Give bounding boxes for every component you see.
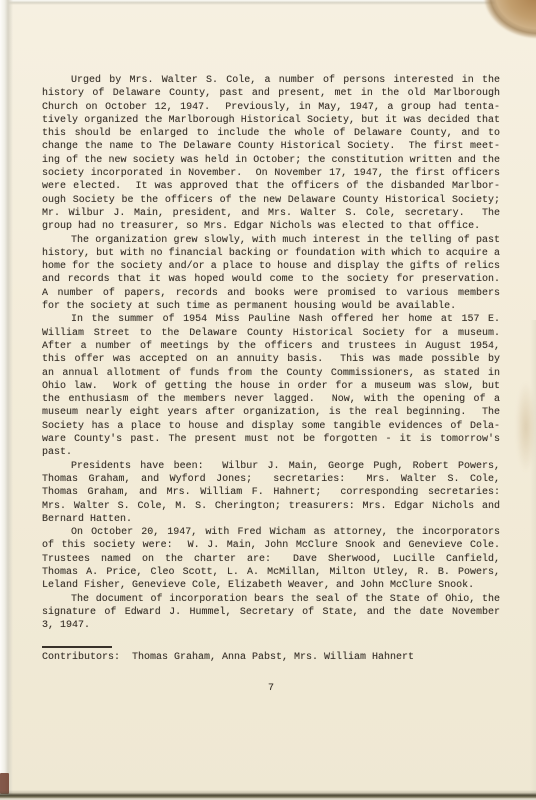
contributors-section: Contributors: Thomas Graham, Anna Pabst,… [42,646,500,664]
text-line: home for the society and/or a place to h… [42,260,500,273]
text-line: signature of Edward J. Hummel, Secretary… [42,606,500,619]
page-left-edge [0,0,13,800]
page-number: 7 [42,682,500,695]
text-line: group had no treasurer, so Mrs. Edgar Ni… [42,220,500,233]
page-bottom-edge [0,790,536,800]
text-line: museum nearly eight years after organiza… [42,406,500,419]
text-line: this should be enlarged to include the w… [42,127,500,140]
text-line: ware County's past. The present must not… [42,433,500,446]
text-line: On October 20, 1947, with Fred Wicham as… [42,526,500,539]
text-line: Ohio law. Work of getting the house in o… [42,380,500,393]
text-line: Presidents have been: Wilbur J. Main, Ge… [42,460,500,473]
side-stain [500,382,536,472]
text-line: Mrs. Walter S. Cole, M. S. Cherington; t… [42,500,500,513]
page-top-edge [0,0,536,5]
text-line: A number of papers, records and books we… [42,287,500,300]
corner-stain [474,0,536,56]
text-line: The organization grew slowly, with much … [42,234,500,247]
paragraphs-container: Urged by Mrs. Walter S. Cole, a number o… [42,74,500,632]
text-line: The document of incorporation bears the … [42,593,500,606]
scanned-page: Urged by Mrs. Walter S. Cole, a number o… [0,0,536,800]
text-line: Urged by Mrs. Walter S. Cole, a number o… [42,74,500,87]
text-line: the enthusiasm of the members never lagg… [42,393,500,406]
text-line: Society has a place to house and display… [42,420,500,433]
text-line: Church on October 12, 1947. Previously, … [42,101,500,114]
text-line: change the name to The Delaware County H… [42,140,500,153]
text-line: and records that it was hoped would come… [42,273,500,286]
text-line: After a number of meetings by the office… [42,340,500,353]
text-line: Mr. Wilbur J. Main, president, and Mrs. … [42,207,500,220]
text-line: society incorporated in November. On Nov… [42,167,500,180]
text-line: this offer was accepted on an annuity ba… [42,353,500,366]
text-line: Bernard Hatten. [42,513,500,526]
text-line: an annual allotment of funds from the Co… [42,367,500,380]
text-line: Trustees named on the charter are: Dave … [42,553,500,566]
text-line: ing of the new society was held in Octob… [42,154,500,167]
text-line: Leland Fisher, Genevieve Cole, Elizabeth… [42,579,500,592]
contributors-line: Contributors: Thomas Graham, Anna Pabst,… [42,651,500,664]
text-line: were elected. It was approved that the o… [42,180,500,193]
text-line: tively organized the Marlborough Histori… [42,114,500,127]
text-line: history, but with no financial backing o… [42,247,500,260]
text-line: for the society at such time as permanen… [42,300,500,313]
text-line: ough Society be the officers of the new … [42,194,500,207]
page-text: Urged by Mrs. Walter S. Cole, a number o… [42,74,500,695]
text-line: 3, 1947. [42,619,500,632]
text-line: In the summer of 1954 Miss Pauline Nash … [42,313,500,326]
contributors-rule [42,646,112,648]
text-line: Thomas A. Price, Cleo Scott, L. A. McMil… [42,566,500,579]
text-line: of this society were: W. J. Main, John M… [42,539,500,552]
text-line: William Street to the Delaware County Hi… [42,327,500,340]
text-line: past. [42,446,500,459]
text-line: Thomas Graham, and Mrs. William F. Hahne… [42,486,500,499]
text-line: history of Delaware County, past and pre… [42,87,500,100]
text-line: Thomas Graham, and Wyford Jones; secreta… [42,473,500,486]
